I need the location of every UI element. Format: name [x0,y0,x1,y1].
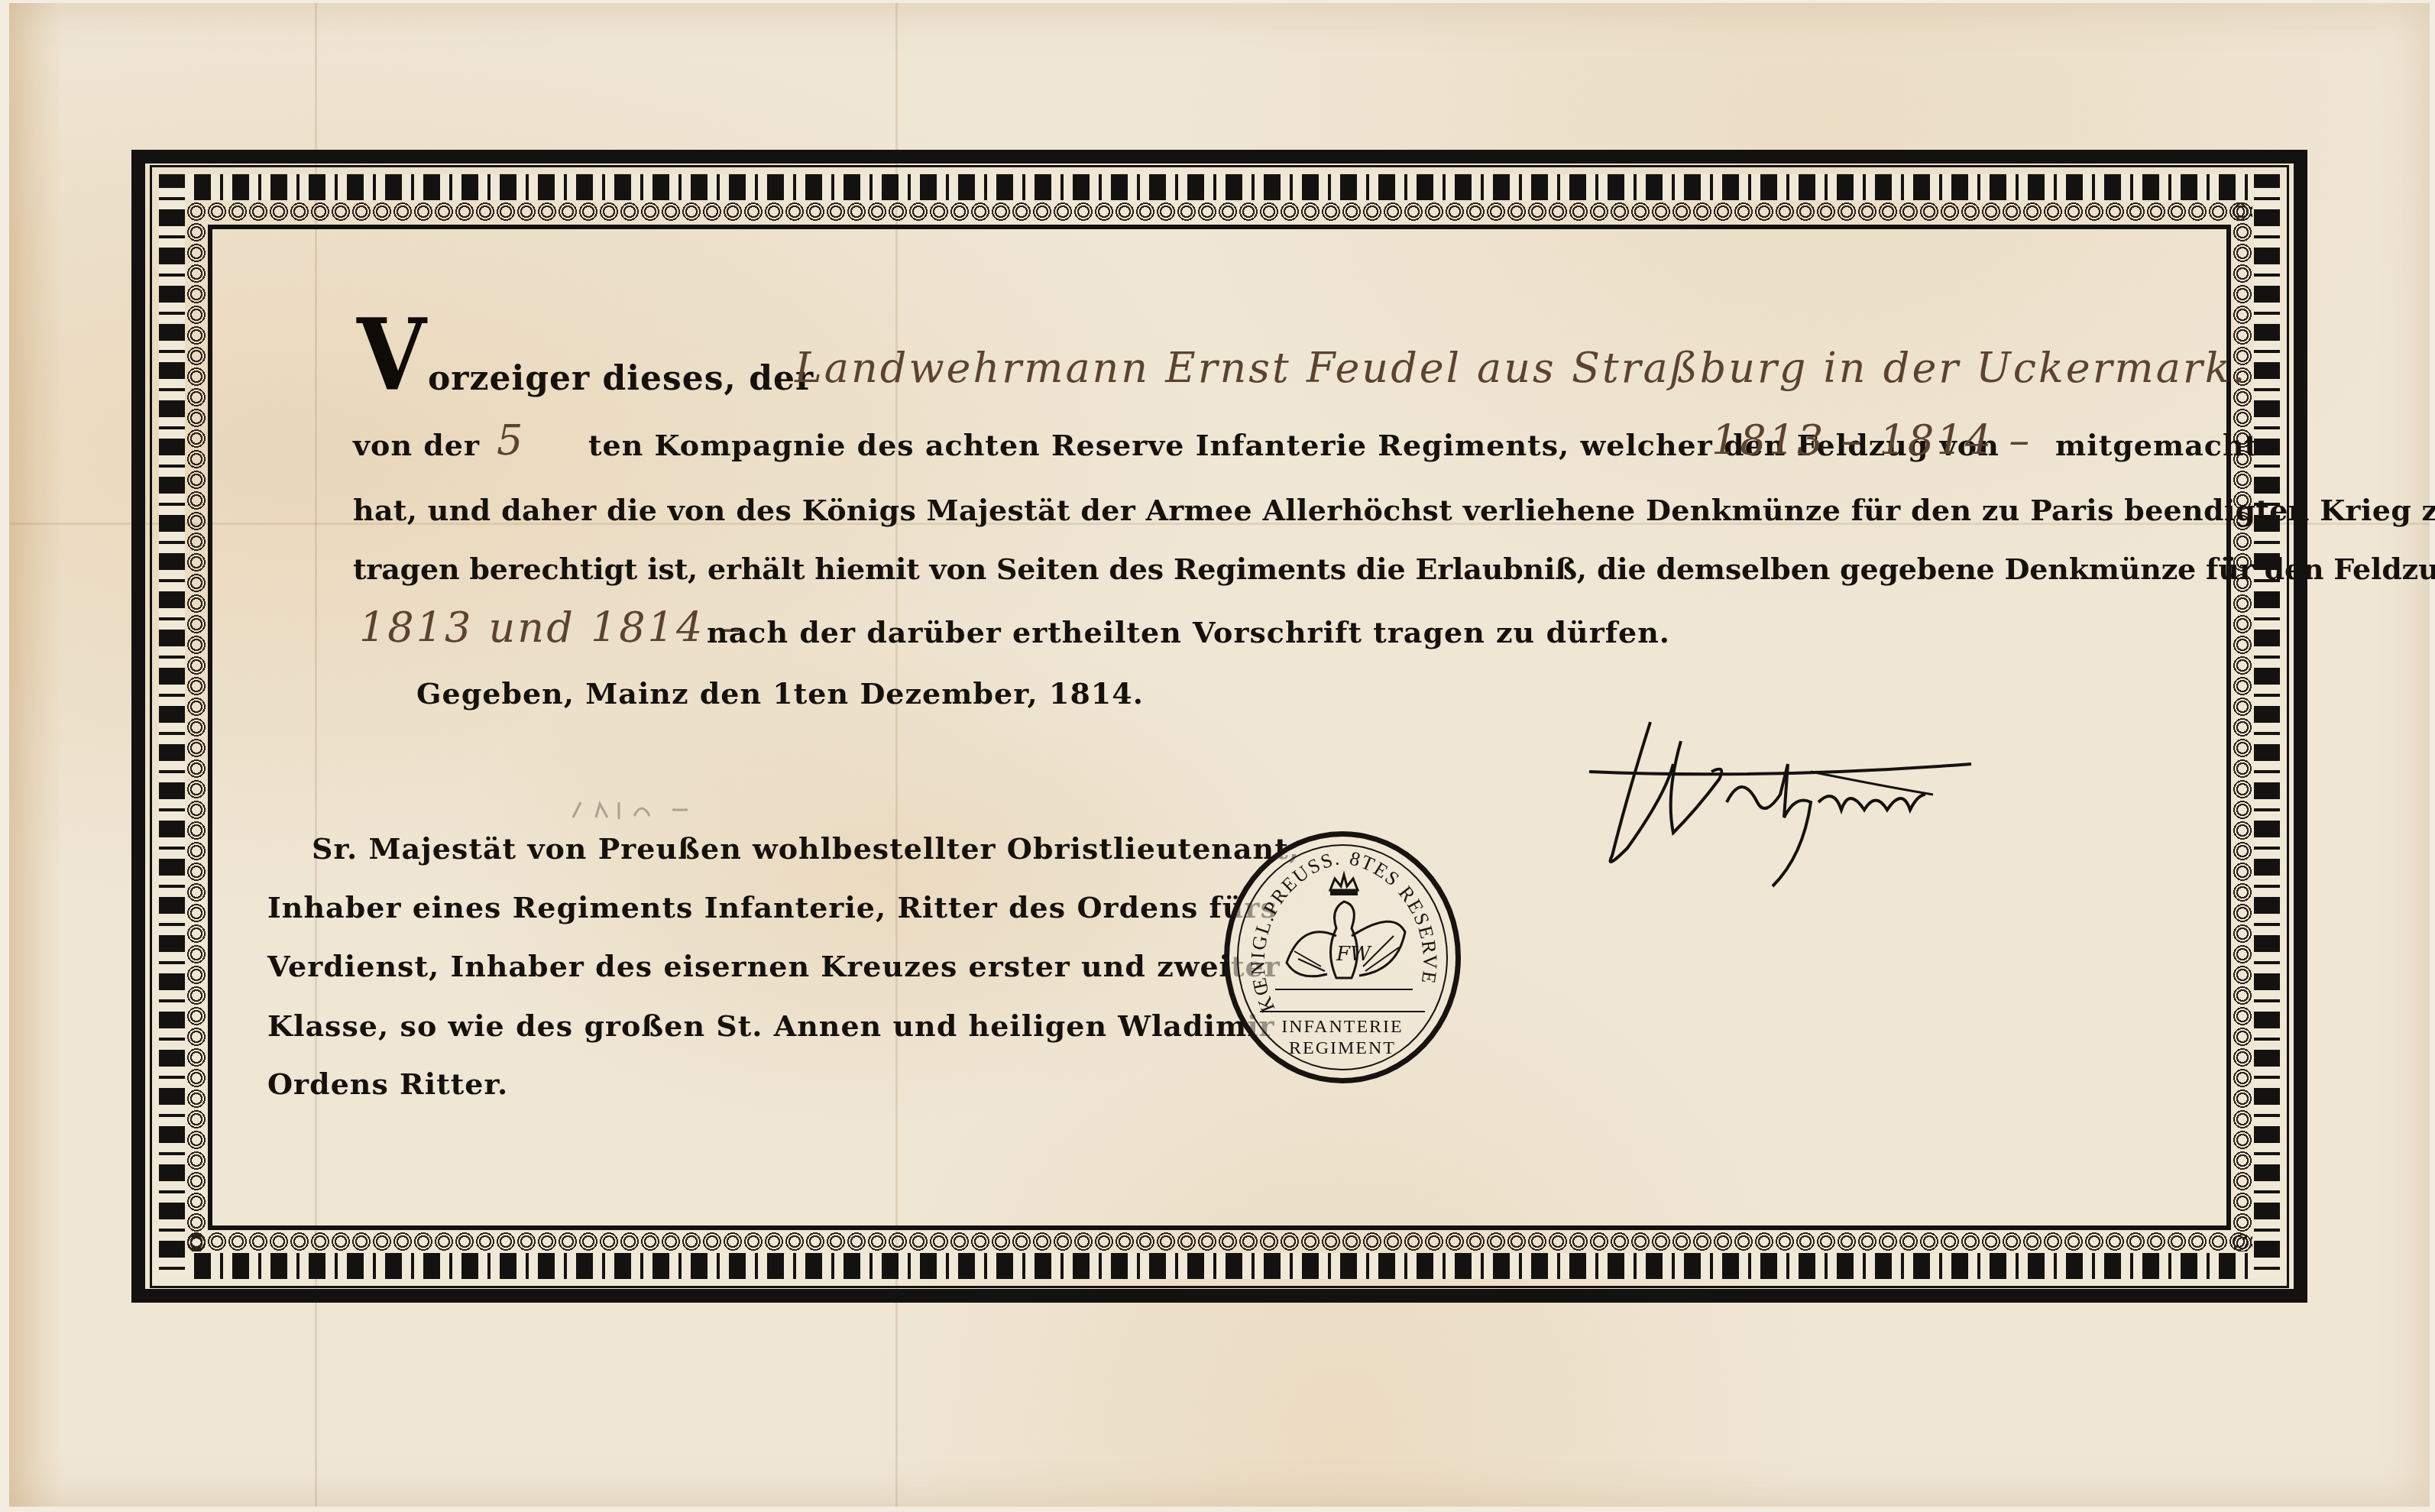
commander-signature [1582,718,1987,902]
title-line-3: Verdienst, Inhaber des eisernen Kreuzes … [267,949,1281,983]
border-ring-band-left [186,202,206,1251]
title-line-5: Ordens Ritter. [267,1067,508,1101]
border-ring-band-top [186,202,2252,222]
border-cube-band-bottom [159,1253,2280,1279]
drop-cap: V [357,306,426,405]
regimental-seal: KŒNIGL.PREUSS. 8TES RESERVE FW INFANTERI… [1224,831,1461,1083]
line5-printed: nach der darüber ertheilten Vorschrift t… [707,615,1670,649]
line3: hat, und daher die von des Königs Majest… [353,493,2435,527]
faint-stamp-mark [565,795,733,825]
seal-divider [1260,1011,1425,1012]
line2-printed-a: von der [353,428,480,462]
border-ring-band-bottom [186,1232,2252,1251]
line1-printed: orzeiger dieses, der [428,359,814,398]
border-cube-band-left [159,174,185,1279]
border-cube-band-right [2254,174,2280,1279]
line4: tragen berechtigt ist, erhält hiemit von… [353,552,2435,586]
line2-handwritten-years: 1813 – 1814 – [1711,416,2032,465]
border-cube-band-top [159,174,2280,200]
line2-handwritten-company: 5 [497,416,525,465]
line2-printed-c: mitgemacht [2055,428,2259,462]
title-line-1: Sr. Majestät von Preußen wohlbestellter … [312,831,1300,866]
line5-handwritten-years: 1813 und 1814 – [359,604,743,652]
svg-text:FW: FW [1336,943,1372,966]
date-line: Gegeben, Mainz den 1ten Dezember, 1814. [416,676,1144,711]
line1-handwritten-name: Landwehrmann Ernst Feudel aus Straßburg … [795,344,2248,392]
title-line-2: Inhaber eines Regiments Infanterie, Ritt… [267,890,1277,924]
title-line-4: Klasse, so wie des großen St. Annen und … [267,1009,1275,1043]
seal-text-infanterie: INFANTERIE [1229,1017,1455,1038]
seal-text-regiment: REGIMENT [1229,1038,1455,1059]
